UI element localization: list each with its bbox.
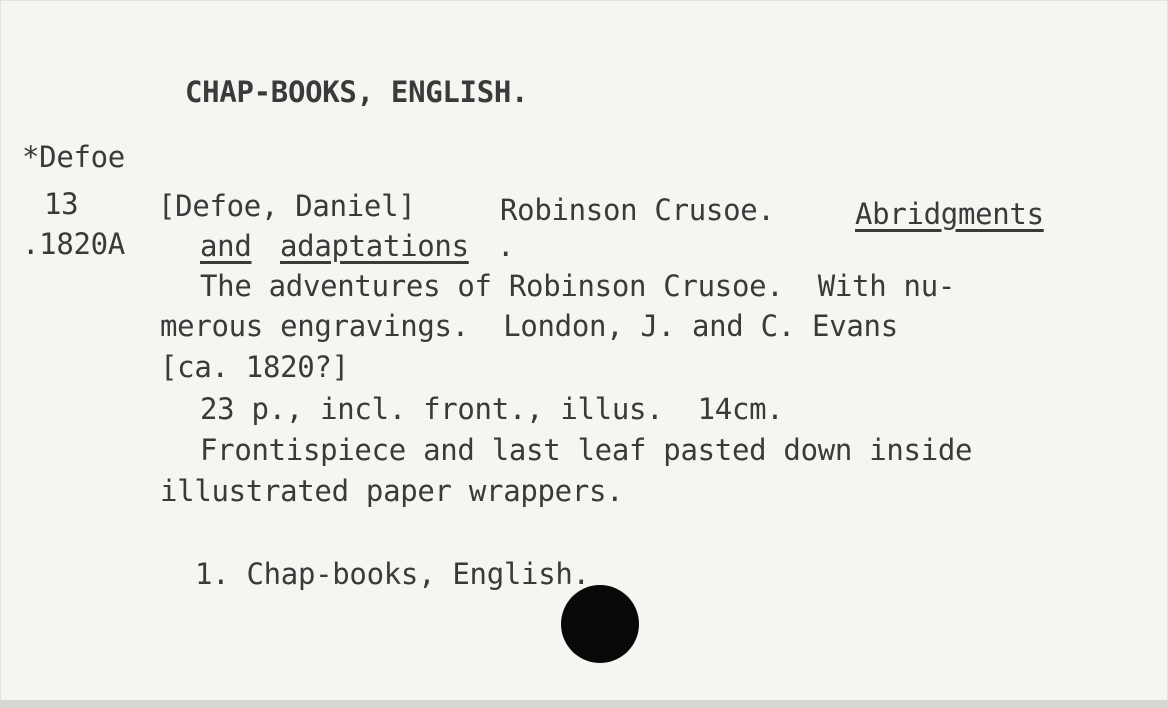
catalog-card: CHAP-BOOKS, ENGLISH. *Defoe 13 .1820A [D… bbox=[0, 0, 1168, 708]
main-entry: [Defoe, Daniel] bbox=[158, 192, 415, 221]
form-subdivision-and: and bbox=[200, 232, 251, 261]
collation: 23 p., incl. front., illus. 14cm. bbox=[200, 395, 783, 424]
form-subdivision-adaptations: adaptations bbox=[280, 232, 469, 261]
note-line-2: illustrated paper wrappers. bbox=[160, 477, 623, 506]
card-punch-hole bbox=[561, 585, 639, 663]
subject-heading: CHAP-BOOKS, ENGLISH. bbox=[185, 78, 528, 107]
description-line-2: merous engravings. London, J. and C. Eva… bbox=[160, 312, 898, 341]
form-subdivision-abridgments: Abridgments bbox=[855, 200, 1044, 229]
description-line-1: The adventures of Robinson Crusoe. With … bbox=[200, 272, 955, 301]
call-number-line-2: 13 bbox=[44, 190, 78, 219]
subject-tracing: 1. Chap-books, English. bbox=[195, 560, 590, 589]
description-line-3: [ca. 1820?] bbox=[160, 353, 349, 382]
uniform-title: Robinson Crusoe. bbox=[500, 196, 775, 225]
call-number-line-3: .1820A bbox=[22, 230, 125, 259]
form-subdivision-period: . bbox=[497, 232, 514, 261]
note-line-1: Frontispiece and last leaf pasted down i… bbox=[200, 436, 972, 465]
call-number-line-1: *Defoe bbox=[22, 143, 125, 172]
